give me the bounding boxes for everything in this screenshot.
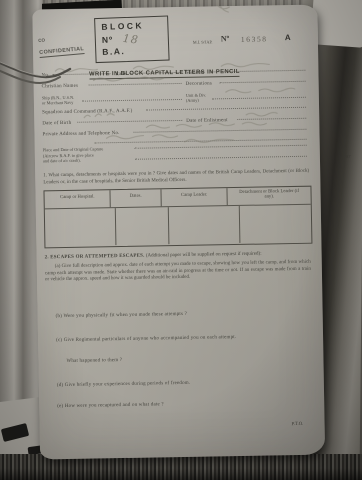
handwritten-entry bbox=[94, 77, 164, 82]
handwritten-entry bbox=[146, 122, 266, 128]
photo-of-document: 5, 97 CO CONFIDENTIAL BLOCK Nº 18 B.A. M… bbox=[0, 0, 362, 480]
underlying-page-corner bbox=[310, 0, 362, 48]
handwritten-entry bbox=[107, 135, 178, 140]
handwritten-entry bbox=[221, 63, 269, 67]
file-string-tie bbox=[0, 50, 72, 92]
handwritten-entry bbox=[246, 112, 277, 116]
handwritten-entry bbox=[133, 66, 173, 70]
handwritten-scribble bbox=[217, 5, 229, 13]
handwritten-pencil-entries bbox=[32, 5, 325, 460]
bottom-shadow bbox=[0, 468, 362, 480]
questionnaire-form-page: CO CONFIDENTIAL BLOCK Nº 18 B.A. M.I. 9/… bbox=[32, 5, 325, 460]
edge-text-fragment: 5, bbox=[348, 124, 352, 129]
handwritten-entry bbox=[185, 139, 234, 143]
handwritten-entry bbox=[84, 114, 114, 118]
edge-text-fragment: 97 bbox=[346, 154, 351, 159]
handwritten-entry bbox=[226, 88, 295, 93]
